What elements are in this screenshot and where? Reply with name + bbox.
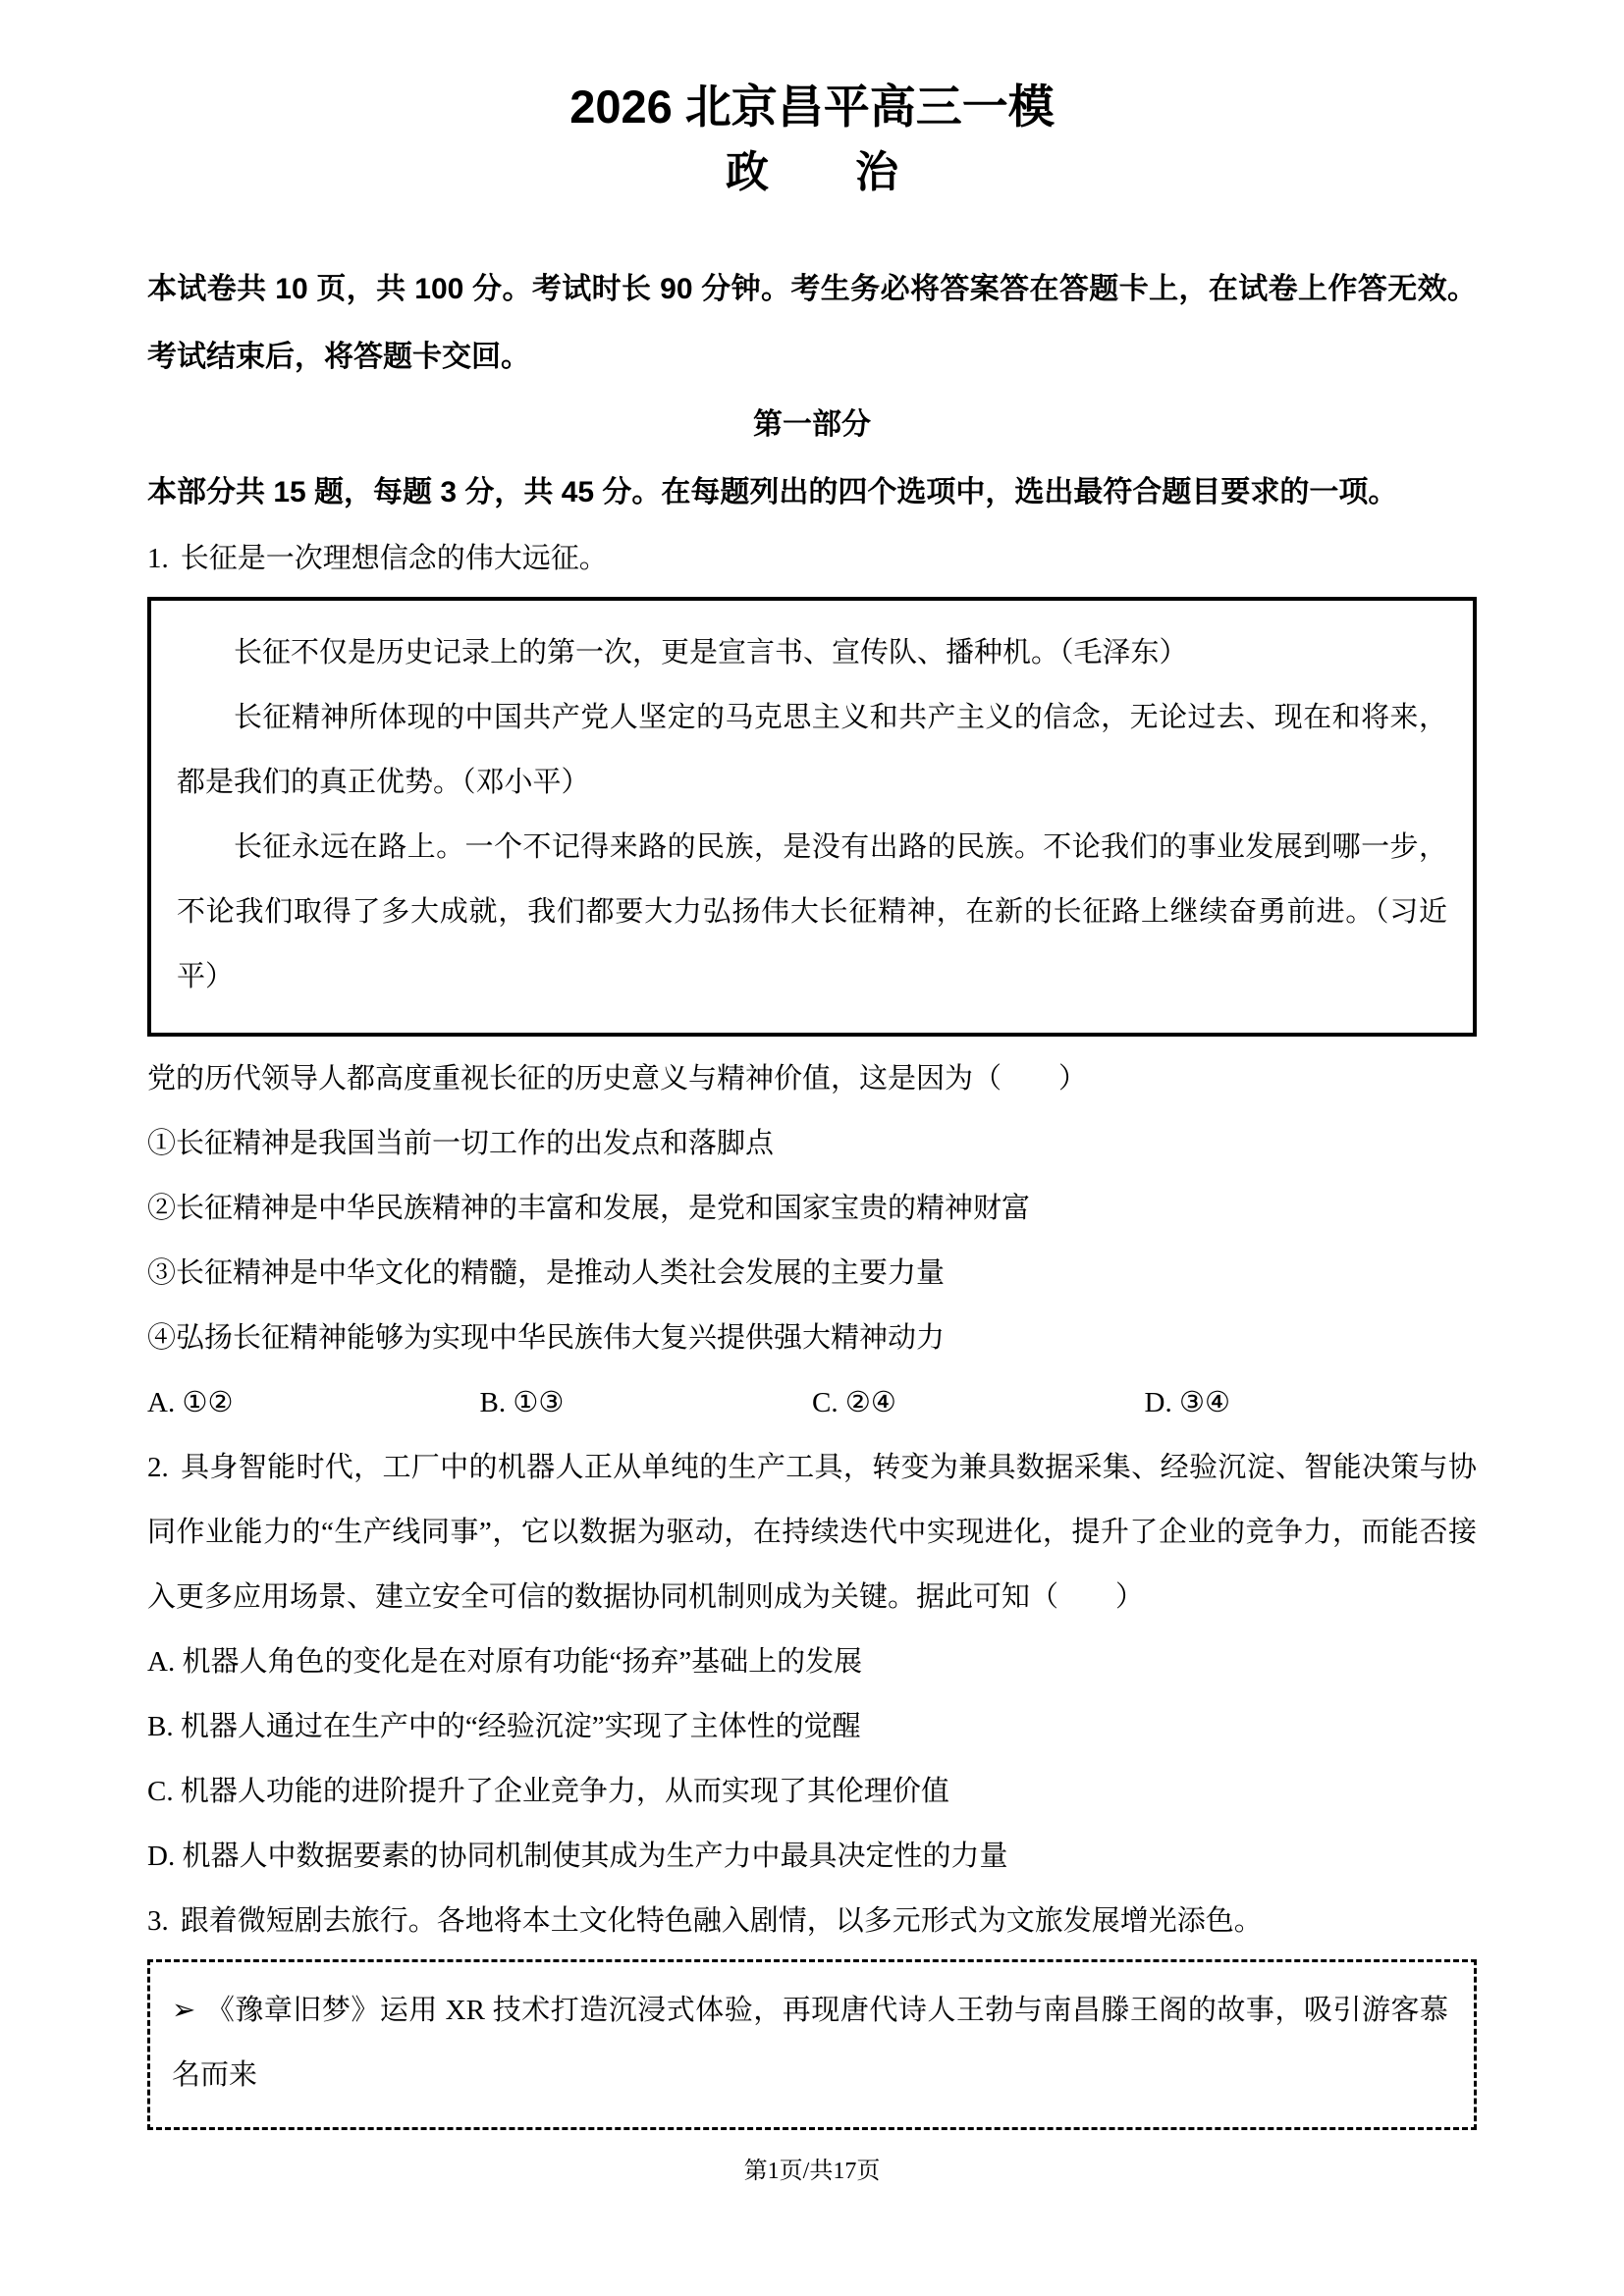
question-1-number: 1. [147,543,169,574]
question-1-item-3: ③长征精神是中华文化的精髓，是推动人类社会发展的主要力量 [147,1241,1477,1306]
question-2-choice-d: D. 机器人中数据要素的协同机制使其成为生产力中最具决定性的力量 [147,1824,1477,1889]
question-2-choice-b: B. 机器人通过在生产中的“经验沉淀”实现了主体性的觉醒 [147,1694,1477,1759]
question-1: 1.长征是一次理想信念的伟大远征。 长征不仅是历史记录上的第一次，更是宣言书、宣… [147,526,1477,1435]
quote-paragraph-mao: 长征不仅是历史记录上的第一次，更是宣言书、宣传队、播种机。（毛泽东） [177,620,1447,685]
question-1-item-1: ①长征精神是我国当前一切工作的出发点和落脚点 [147,1111,1477,1176]
question-2-number: 2. [147,1452,169,1483]
question-1-choice-a: A. ①② [147,1370,480,1435]
question-3: 3.跟着微短剧去旅行。各地将本土文化特色融入剧情，以多元形式为文旅发展增光添色。… [147,1889,1477,2130]
question-1-choice-c: C. ②④ [812,1370,1145,1435]
question-1-item-2: ②长征精神是中华民族精神的丰富和发展，是党和国家宝贵的精神财富 [147,1176,1477,1241]
exam-general-instructions: 本试卷共 10 页，共 100 分。考试时长 90 分钟。考生务必将答案答在答题… [147,255,1477,391]
page-number-footer: 第1页/共17页 [0,2157,1624,2186]
question-2-stem: 具身智能时代，工厂中的机器人正从单纯的生产工具，转变为兼具数据采集、经验沉淀、智… [147,1452,1477,1613]
question-1-choice-b: B. ①③ [480,1370,813,1435]
question-1-choices-row: A. ①② B. ①③ C. ②④ D. ③④ [147,1370,1477,1435]
question-1-stem-line: 1.长征是一次理想信念的伟大远征。 [147,526,1477,591]
question-3-number: 3. [147,1905,169,1937]
subject-title: 政 治 [147,145,1477,200]
question-1-quote-box: 长征不仅是历史记录上的第一次，更是宣言书、宣传队、播种机。（毛泽东） 长征精神所… [147,597,1477,1037]
question-3-dashed-box: ➢《豫章旧梦》运用 XR 技术打造沉浸式体验，再现唐代诗人王勃与南昌滕王阁的故事… [147,1959,1477,2130]
quote-paragraph-xi: 长征永远在路上。一个不记得来路的民族，是没有出路的民族。不论我们的事业发展到哪一… [177,815,1447,1009]
question-2-choice-a: A. 机器人角色的变化是在对原有功能“扬弃”基础上的发展 [147,1629,1477,1694]
exam-paper-page: 2026 北京昌平高三一模 政 治 本试卷共 10 页，共 100 分。考试时长… [0,0,1624,2296]
arrow-bullet-icon: ➢ [172,1995,195,2026]
question-2-choice-c: C. 机器人功能的进阶提升了企业竞争力，从而实现了其伦理价值 [147,1759,1477,1824]
question-3-stem: 跟着微短剧去旅行。各地将本土文化特色融入剧情，以多元形式为文旅发展增光添色。 [181,1905,1263,1937]
question-1-prompt: 党的历代领导人都高度重视长征的历史意义与精神价值，这是因为（ ） [147,1046,1477,1111]
part-one-heading: 第一部分 [147,391,1477,458]
document-title: 2026 北京昌平高三一模 [147,79,1477,135]
question-1-item-4: ④弘扬长征精神能够为实现中华民族伟大复兴提供强大精神动力 [147,1306,1477,1370]
question-1-stem: 长征是一次理想信念的伟大远征。 [181,543,608,574]
quote-paragraph-deng: 长征精神所体现的中国共产党人坚定的马克思主义和共产主义的信念，无论过去、现在和将… [177,685,1447,815]
question-1-choice-d: D. ③④ [1145,1370,1478,1435]
dashed-box-paragraph: ➢《豫章旧梦》运用 XR 技术打造沉浸式体验，再现唐代诗人王勃与南昌滕王阁的故事… [172,1978,1448,2108]
part-one-instructions: 本部分共 15 题，每题 3 分，共 45 分。在每题列出的四个选项中，选出最符… [147,458,1477,526]
question-2-stem-line: 2.具身智能时代，工厂中的机器人正从单纯的生产工具，转变为兼具数据采集、经验沉淀… [147,1435,1477,1629]
question-2: 2.具身智能时代，工厂中的机器人正从单纯的生产工具，转变为兼具数据采集、经验沉淀… [147,1435,1477,1889]
dashed-box-text: 《豫章旧梦》运用 XR 技术打造沉浸式体验，再现唐代诗人王勃与南昌滕王阁的故事，… [172,1995,1448,2091]
question-3-stem-line: 3.跟着微短剧去旅行。各地将本土文化特色融入剧情，以多元形式为文旅发展增光添色。 [147,1889,1477,1953]
